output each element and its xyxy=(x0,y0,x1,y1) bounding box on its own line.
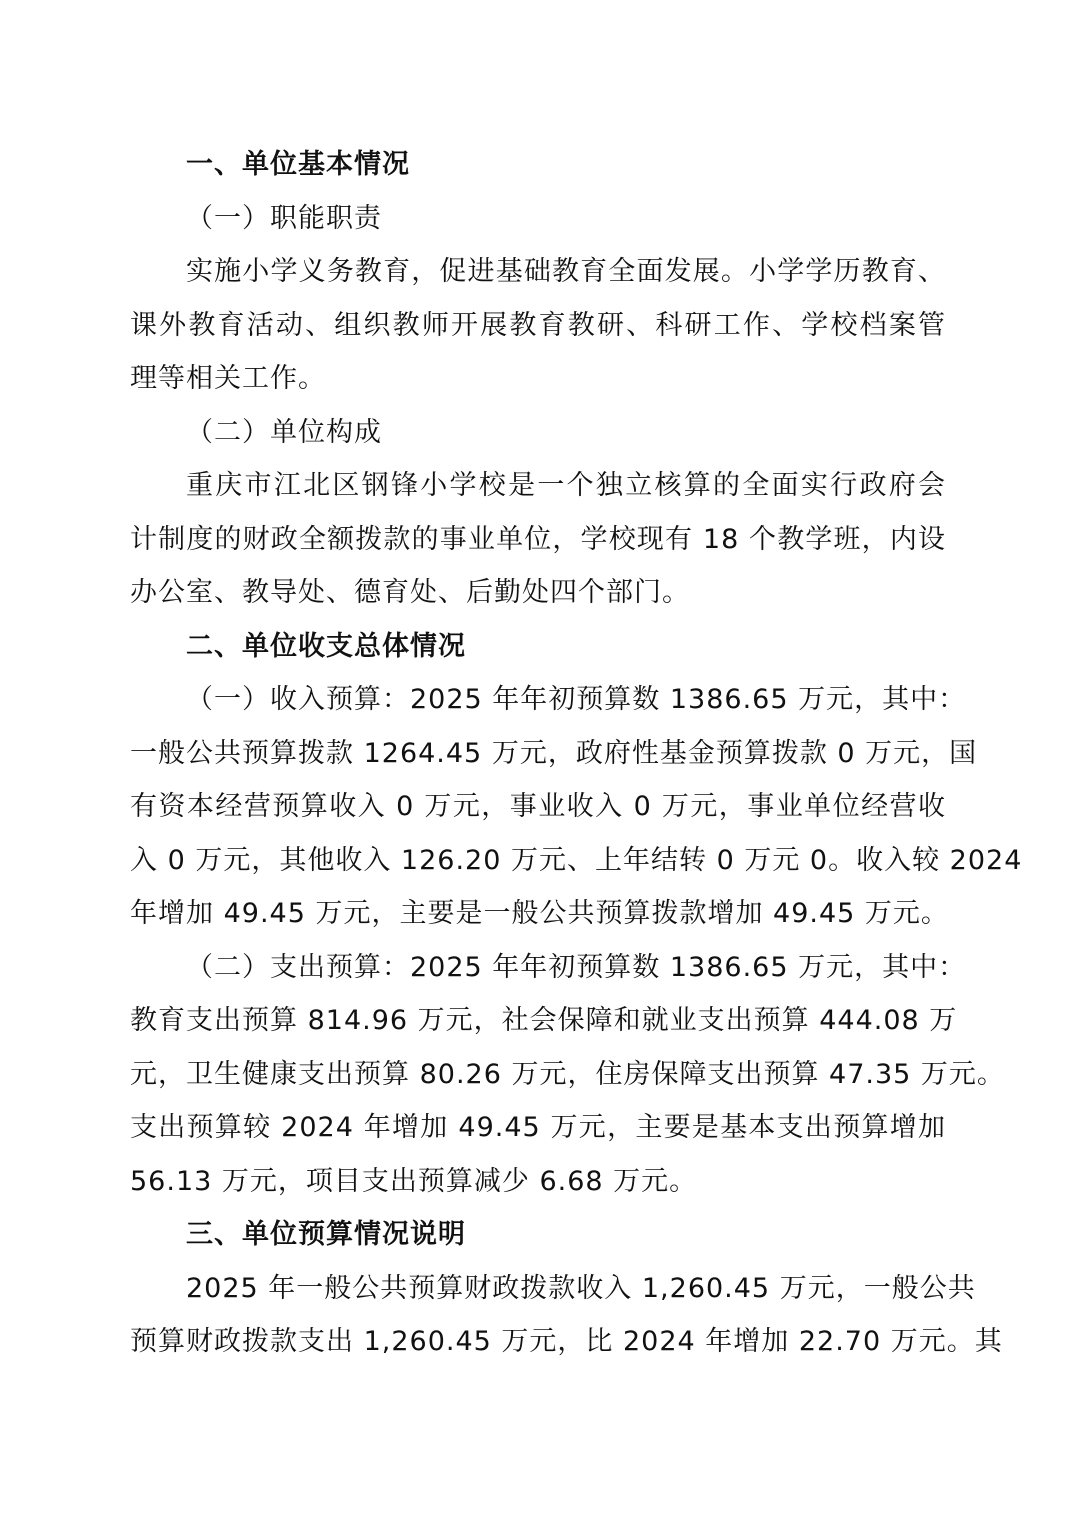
paragraph-line: 理等相关工作。 xyxy=(130,352,946,406)
section-heading-2: 二、单位收支总体情况 xyxy=(130,620,946,674)
section-heading-1: 一、单位基本情况 xyxy=(130,138,946,192)
paragraph-line: 计制度的财政全额拨款的事业单位，学校现有 18 个教学班，内设 xyxy=(130,513,946,567)
paragraph-line: 一般公共预算拨款 1264.45 万元，政府性基金预算拨款 0 万元，国 xyxy=(130,727,946,781)
subsection-heading-functions: （一）职能职责 xyxy=(130,192,946,246)
paragraph-line: 56.13 万元，项目支出预算减少 6.68 万元。 xyxy=(130,1155,946,1209)
paragraph-line: 实施小学义务教育，促进基础教育全面发展。小学学历教育、 xyxy=(130,245,946,299)
document-page: 一、单位基本情况 （一）职能职责 实施小学义务教育，促进基础教育全面发展。小学学… xyxy=(130,138,946,1369)
paragraph-line-expenditure: （二）支出预算：2025 年年初预算数 1386.65 万元，其中： xyxy=(130,941,946,995)
paragraph-line: 2025 年一般公共预算财政拨款收入 1,260.45 万元，一般公共 xyxy=(130,1262,946,1316)
paragraph-line: 办公室、教导处、德育处、后勤处四个部门。 xyxy=(130,566,946,620)
section-heading-3: 三、单位预算情况说明 xyxy=(130,1208,946,1262)
paragraph-line: 教育支出预算 814.96 万元，社会保障和就业支出预算 444.08 万 xyxy=(130,994,946,1048)
subsection-heading-composition: （二）单位构成 xyxy=(130,406,946,460)
paragraph-line: 支出预算较 2024 年增加 49.45 万元，主要是基本支出预算增加 xyxy=(130,1101,946,1155)
paragraph-line: 元，卫生健康支出预算 80.26 万元，住房保障支出预算 47.35 万元。 xyxy=(130,1048,946,1102)
paragraph-line: 重庆市江北区钢锋小学校是一个独立核算的全面实行政府会 xyxy=(130,459,946,513)
paragraph-line: 有资本经营预算收入 0 万元，事业收入 0 万元，事业单位经营收 xyxy=(130,780,946,834)
paragraph-line: 年增加 49.45 万元，主要是一般公共预算拨款增加 49.45 万元。 xyxy=(130,887,946,941)
paragraph-line: 入 0 万元，其他收入 126.20 万元、上年结转 0 万元 0。收入较 20… xyxy=(130,834,946,888)
paragraph-line: 预算财政拨款支出 1,260.45 万元，比 2024 年增加 22.70 万元… xyxy=(130,1315,946,1369)
paragraph-line: 课外教育活动、组织教师开展教育教研、科研工作、学校档案管 xyxy=(130,299,946,353)
paragraph-line-income: （一）收入预算：2025 年年初预算数 1386.65 万元，其中： xyxy=(130,673,946,727)
